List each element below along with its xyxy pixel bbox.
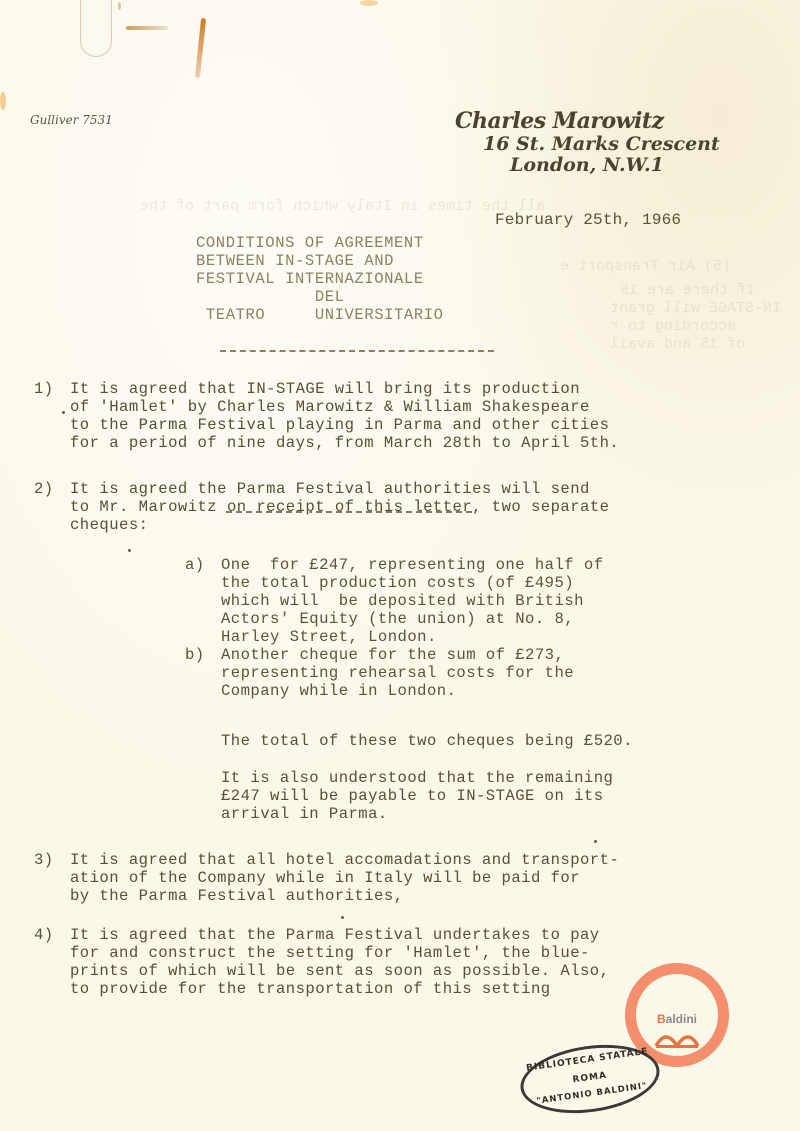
clause-line: for a period of nine days, from March 28… [70,435,619,452]
clause-line: for and construct the setting for 'Hamle… [70,945,590,962]
subclause-line: the total production costs (of £495) [221,575,574,592]
rust-stain [0,92,6,110]
clause-text: , two separate [472,498,609,516]
document-title: CONDITIONS OF AGREEMENT BETWEEN IN-STAGE… [196,234,444,324]
clause-line: cheques: [70,517,148,534]
bleed-through-text: (5) Air Transport e [560,258,731,275]
ink-dot [594,840,597,843]
clause-line: to the Parma Festival playing in Parma a… [70,417,609,434]
ink-dot [62,411,65,414]
underlined-text: on receipt of this letter [227,498,472,516]
ink-dot [128,549,131,552]
bleed-through-text: IN-STAGE will grant [610,300,781,317]
clause-line: by the Parma Festival authorities, [70,888,403,905]
library-stamp: BIBLIOTECA STATALE ROMA "ANTONIO BALDINI… [516,1037,664,1122]
letterhead-street: 16 St. Marks Crescent [483,133,720,155]
letter-date: February 25th, 1966 [495,211,681,229]
letterhead-city: London, N.W.1 [510,154,720,176]
clause-line: It is agreed the Parma Festival authorit… [70,481,590,498]
letterhead: Charles Marowitz 16 St. Marks Crescent L… [455,108,720,176]
remaining-paragraph-line: arrival in Parma. [221,806,388,823]
title-line: BETWEEN IN-STAGE AND [196,252,444,270]
rust-stain [360,0,378,6]
clause-line: ation of the Company while in Italy will… [70,870,580,887]
ink-dot [341,916,344,919]
subclause-letter: a) [185,557,205,574]
clause-number: 3) [34,852,54,869]
remaining-paragraph-line: £247 will be payable to IN-STAGE on its [221,788,604,805]
logo-text: Baldini [636,1012,718,1026]
subclause-line: One for £247, representing one half of [221,557,604,574]
subclause-line: which will be deposited with British [221,593,584,610]
rust-stain [126,26,168,30]
clause-line: It is agreed that IN-STAGE will bring it… [70,381,580,398]
subclause-line: Actors' Equity (the union) at No. 8, [221,611,574,628]
clause-line: It is agreed that all hotel accomadation… [70,852,619,869]
remaining-paragraph-line: It is also understood that the remaining [221,770,613,787]
subclause-line: Another cheque for the sum of £273, [221,647,564,664]
title-line: DEL [196,288,444,306]
clause-line: to Mr. Marowitz on receipt of this lette… [70,499,609,516]
title-line: FESTIVAL INTERNAZIONALE [196,270,444,288]
book-icon [654,1026,700,1048]
title-divider [220,350,494,352]
bleed-through-text: of 15 and avail [610,336,745,353]
rust-stain [195,18,206,78]
bleed-through-text: according to r [610,318,736,335]
clause-line: of 'Hamlet' by Charles Marowitz & Willia… [70,399,590,416]
letter-page: all the times in Italy which form part o… [0,0,800,1131]
total-paragraph: The total of these two cheques being £52… [221,733,633,750]
clause-number: 1) [34,381,54,398]
subclause-line: representing rehearsal costs for the [221,665,574,682]
paperclip-mark [80,0,112,57]
bleed-through-text: If there are 15 [620,282,755,299]
clause-line: prints of which will be sent as soon as … [70,963,609,980]
subclause-line: Company while in London. [221,683,456,700]
subclause-letter: b) [185,647,205,664]
clause-text: to Mr. Marowitz [70,498,227,516]
clause-line: It is agreed that the Parma Festival und… [70,927,600,944]
bleed-through-text: all the times in Italy which form part o… [140,198,545,215]
title-line: TEATRO UNIVERSITARIO [196,306,444,324]
title-line: CONDITIONS OF AGREEMENT [196,234,444,252]
letterhead-name: Charles Marowitz [455,108,720,134]
subclause-line: Harley Street, London. [221,629,437,646]
clause-number: 2) [34,481,54,498]
rust-stain [118,2,121,10]
clause-line: to provide for the transportation of thi… [70,981,551,998]
letterhead-phone: Gulliver 7531 [30,113,113,127]
clause-number: 4) [34,927,54,944]
